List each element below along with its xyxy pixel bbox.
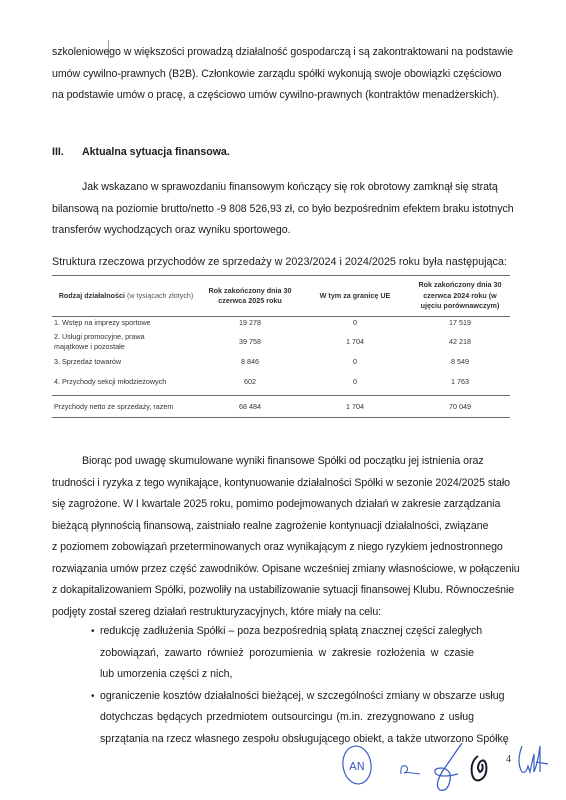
list-item: • redukcję zadłużenia Spółki – poza bezp… <box>100 621 474 686</box>
table-total-row: Przychody netto ze sprzedaży, razem 68 4… <box>52 396 510 418</box>
text-line: Biorąc pod uwagę skumulowane wyniki fina… <box>52 451 474 473</box>
text-line: umów cywilno-prawnych (B2B). Członkowie … <box>52 64 474 86</box>
list-item: • ograniczenie kosztów działalności bież… <box>100 686 474 751</box>
table-row: 1. Wstęp na imprezy sportowe 19 278 0 17… <box>52 317 510 330</box>
text-line: szkoleniowego w większości prowadzą dzia… <box>52 42 474 64</box>
document-page: szkoleniowego w większości prowadzą dzia… <box>0 0 566 800</box>
header-year-2024: Rok zakończony dnia 30 czerwca 2024 roku… <box>410 276 510 317</box>
initials-signature-small <box>398 758 424 780</box>
text-line: trudności i ryzyka z tego wynikające, ko… <box>52 473 474 495</box>
revenue-table: Rodzaj działalności (w tysiącach złotych… <box>52 275 510 418</box>
text-line: się zagrożone. W I kwartale 2025 roku, p… <box>52 494 474 516</box>
text-line: z dokapitalizowaniem Spółki, pozwoliły n… <box>52 580 474 602</box>
svg-text:AN: AN <box>349 760 365 773</box>
paragraph-restructuring: Biorąc pod uwagę skumulowane wyniki fina… <box>52 451 474 623</box>
page-number: 4 <box>506 754 511 765</box>
initials-signature-loop <box>428 740 468 796</box>
table-row: 2. Usługi promocyjne, prawa majątkowe i … <box>52 330 510 354</box>
section-number: III. <box>52 146 82 158</box>
intro-paragraph: szkoleniowego w większości prowadzą dzia… <box>52 42 474 107</box>
section-heading: III.Aktualna sytuacja finansowa. <box>52 146 230 158</box>
text-line: bieżącą płynnością finansową, zaistniało… <box>52 516 474 538</box>
text-line: transferów wychodzących oraz wyniku spor… <box>52 220 474 242</box>
initials-signature-right <box>514 742 554 782</box>
bullet-icon: • <box>91 621 95 643</box>
header-year-2025: Rok zakończony dnia 30 czerwca 2025 roku <box>200 276 300 317</box>
initials-signature-dark <box>468 752 492 784</box>
paragraph-financial-loss: Jak wskazano w sprawozdaniu finansowym k… <box>52 177 474 242</box>
header-activity-type: Rodzaj działalności (w tysiącach złotych… <box>52 276 200 317</box>
bullet-icon: • <box>91 686 95 708</box>
table-row: 3. Sprzedaż towarów 8 846 0 8 549 <box>52 354 510 370</box>
header-eu: W tym za granicę UE <box>300 276 410 317</box>
table-header-row: Rodzaj działalności (w tysiącach złotych… <box>52 276 510 317</box>
text-line: z poziomem zobowiązań przeterminowanych … <box>52 537 474 559</box>
text-line: na podstawie umów o pracę, a częściowo u… <box>52 85 474 107</box>
initials-circle-signature: AN <box>338 742 378 788</box>
text-line: podjęty został szereg działań restruktur… <box>52 602 474 624</box>
text-line: bilansową na poziomie brutto/netto -9 80… <box>52 199 474 221</box>
section-title: Aktualna sytuacja finansowa. <box>82 146 230 158</box>
text-line: rozwiązania umów przez część zawodników.… <box>52 559 474 581</box>
table-row: 4. Przychody sekcji młodzieżowych 602 0 … <box>52 370 510 396</box>
bullet-list: • redukcję zadłużenia Spółki – poza bezp… <box>100 621 474 750</box>
text-line: Jak wskazano w sprawozdaniu finansowym k… <box>52 177 474 199</box>
table-caption: Struktura rzeczowa przychodów ze sprzeda… <box>52 256 507 268</box>
